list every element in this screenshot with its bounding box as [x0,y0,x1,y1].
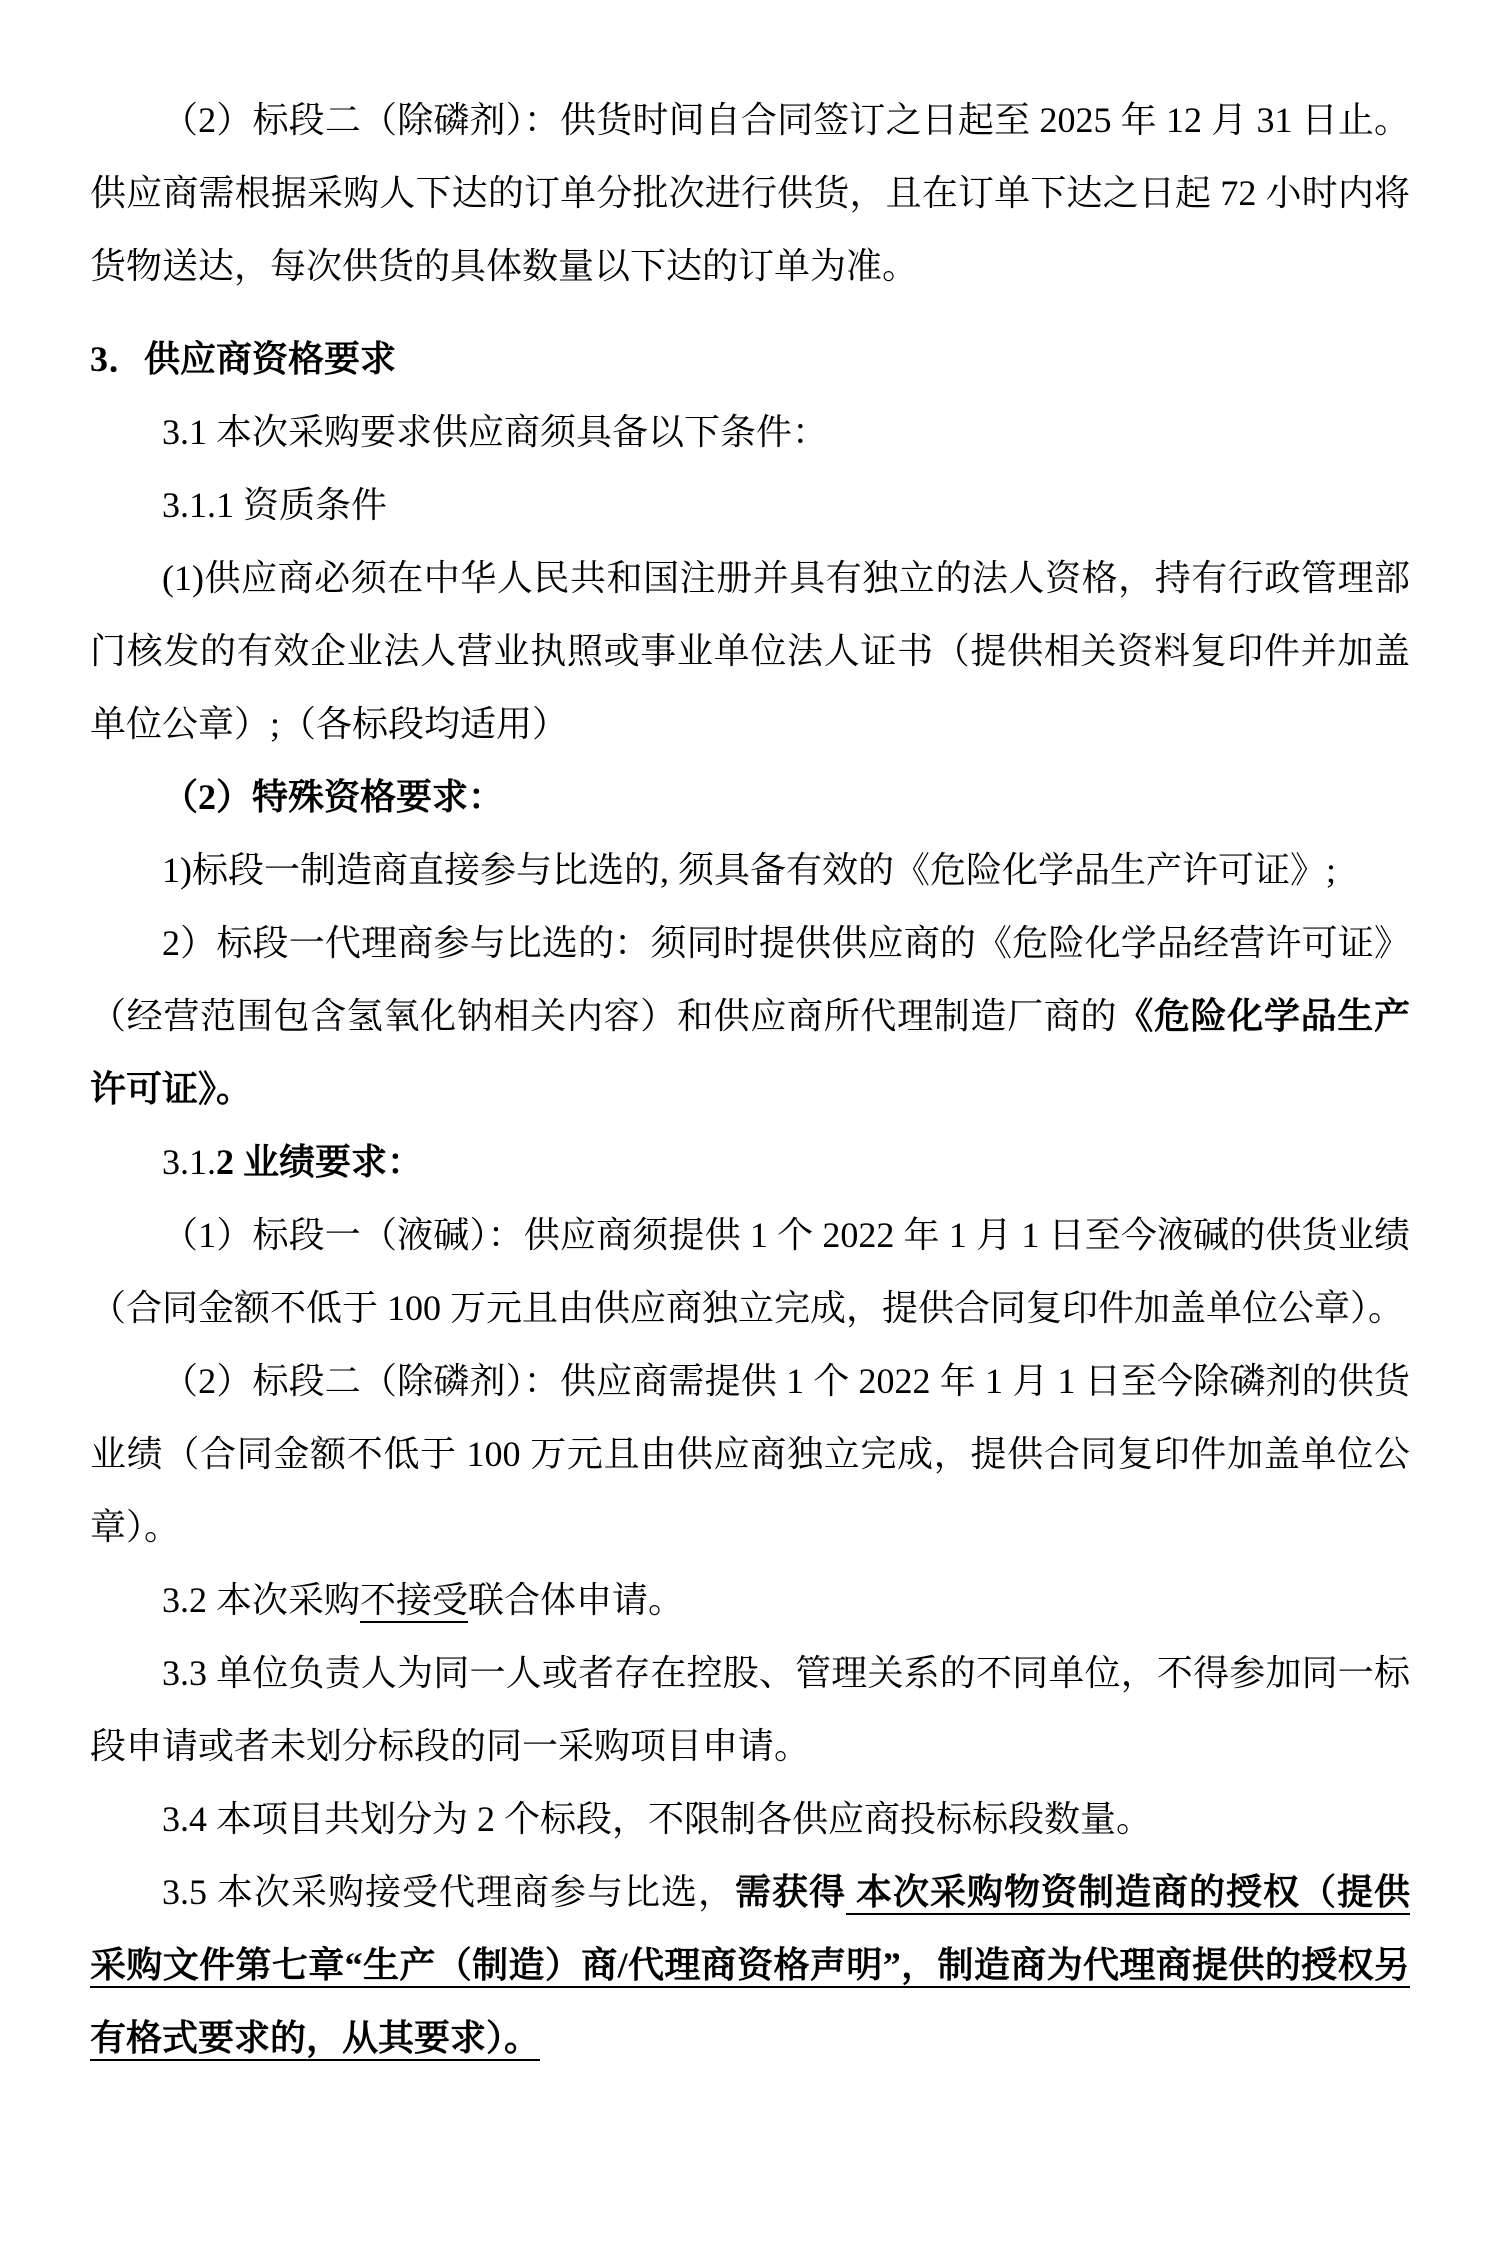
text-run: 联合体申请。 [468,1580,684,1620]
text-run: 3.2 本次采购 [162,1580,360,1620]
text-run: 需获得 [735,1872,846,1912]
para-3-1-1-qualification: 3.1.1 资质条件 [90,469,1410,542]
para-3-1-2-performance: 3.1.2 业绩要求： [90,1126,1410,1199]
para-lot1-manufacturer: 1)标段一制造商直接参与比选的, 须具备有效的《危险化学品生产许可证》; [90,834,1410,907]
text-run: （1）标段一（液碱）：供应商须提供 1 个 2022 年 1 月 1 日至今液碱… [90,1215,1410,1328]
text-run: 3.1 本次采购要求供应商须具备以下条件： [162,412,828,452]
document-page: （2）标段二（除磷剂）：供货时间自合同签订之日起至 2025 年 12 月 31… [0,0,1500,2246]
text-run: （2）特殊资格要求： [162,777,504,817]
para-legal-person-requirement: (1)供应商必须在中华人民共和国注册并具有独立的法人资格，持有行政管理部门核发的… [90,542,1410,761]
text-run: 3.1.1 资质条件 [162,485,387,525]
text-run: 3.1. [162,1142,216,1182]
para-performance-lot1: （1）标段一（液碱）：供应商须提供 1 个 2022 年 1 月 1 日至今液碱… [90,1199,1410,1345]
text-run: 3.4 本项目共划分为 2 个标段，不限制各供应商投标标段数量。 [162,1799,1152,1839]
text-run: 2 业绩要求： [216,1142,423,1182]
text-run: 3.5 本次采购接受代理商参与比选， [162,1872,735,1912]
document-content: （2）标段二（除磷剂）：供货时间自合同签订之日起至 2025 年 12 月 31… [90,84,1410,2075]
para-3-1-conditions: 3.1 本次采购要求供应商须具备以下条件： [90,396,1410,469]
text-run: 3.3 单位负责人为同一人或者存在控股、管理关系的不同单位，不得参加同一标段申请… [90,1653,1410,1766]
para-lot2-delivery-time: （2）标段二（除磷剂）：供货时间自合同签订之日起至 2025 年 12 月 31… [90,84,1410,303]
para-3-4-lot-count: 3.4 本项目共划分为 2 个标段，不限制各供应商投标标段数量。 [90,1783,1410,1856]
para-performance-lot2: （2）标段二（除磷剂）：供应商需提供 1 个 2022 年 1 月 1 日至今除… [90,1345,1410,1564]
text-run: 不接受 [360,1580,468,1620]
text-run: (1)供应商必须在中华人民共和国注册并具有独立的法人资格，持有行政管理部门核发的… [90,558,1410,744]
para-3-5-agent-authorization: 3.5 本次采购接受代理商参与比选，需获得 本次采购物资制造商的授权（提供采购文… [90,1856,1410,2075]
para-special-qualification: （2）特殊资格要求： [90,761,1410,834]
heading-supplier-qualification: 3．供应商资格要求 [90,323,1410,396]
text-run: （2）标段二（除磷剂）：供货时间自合同签订之日起至 2025 年 12 月 31… [90,100,1410,286]
para-3-3-same-person: 3.3 单位负责人为同一人或者存在控股、管理关系的不同单位，不得参加同一标段申请… [90,1637,1410,1783]
text-run: 3．供应商资格要求 [90,339,396,379]
para-3-2-no-consortium: 3.2 本次采购不接受联合体申请。 [90,1564,1410,1637]
text-run: 1)标段一制造商直接参与比选的, 须具备有效的《危险化学品生产许可证》; [162,850,1336,890]
para-lot1-agent: 2）标段一代理商参与比选的：须同时提供供应商的《危险化学品经营许可证》（经营范围… [90,907,1410,1126]
text-run: （2）标段二（除磷剂）：供应商需提供 1 个 2022 年 1 月 1 日至今除… [90,1361,1410,1547]
